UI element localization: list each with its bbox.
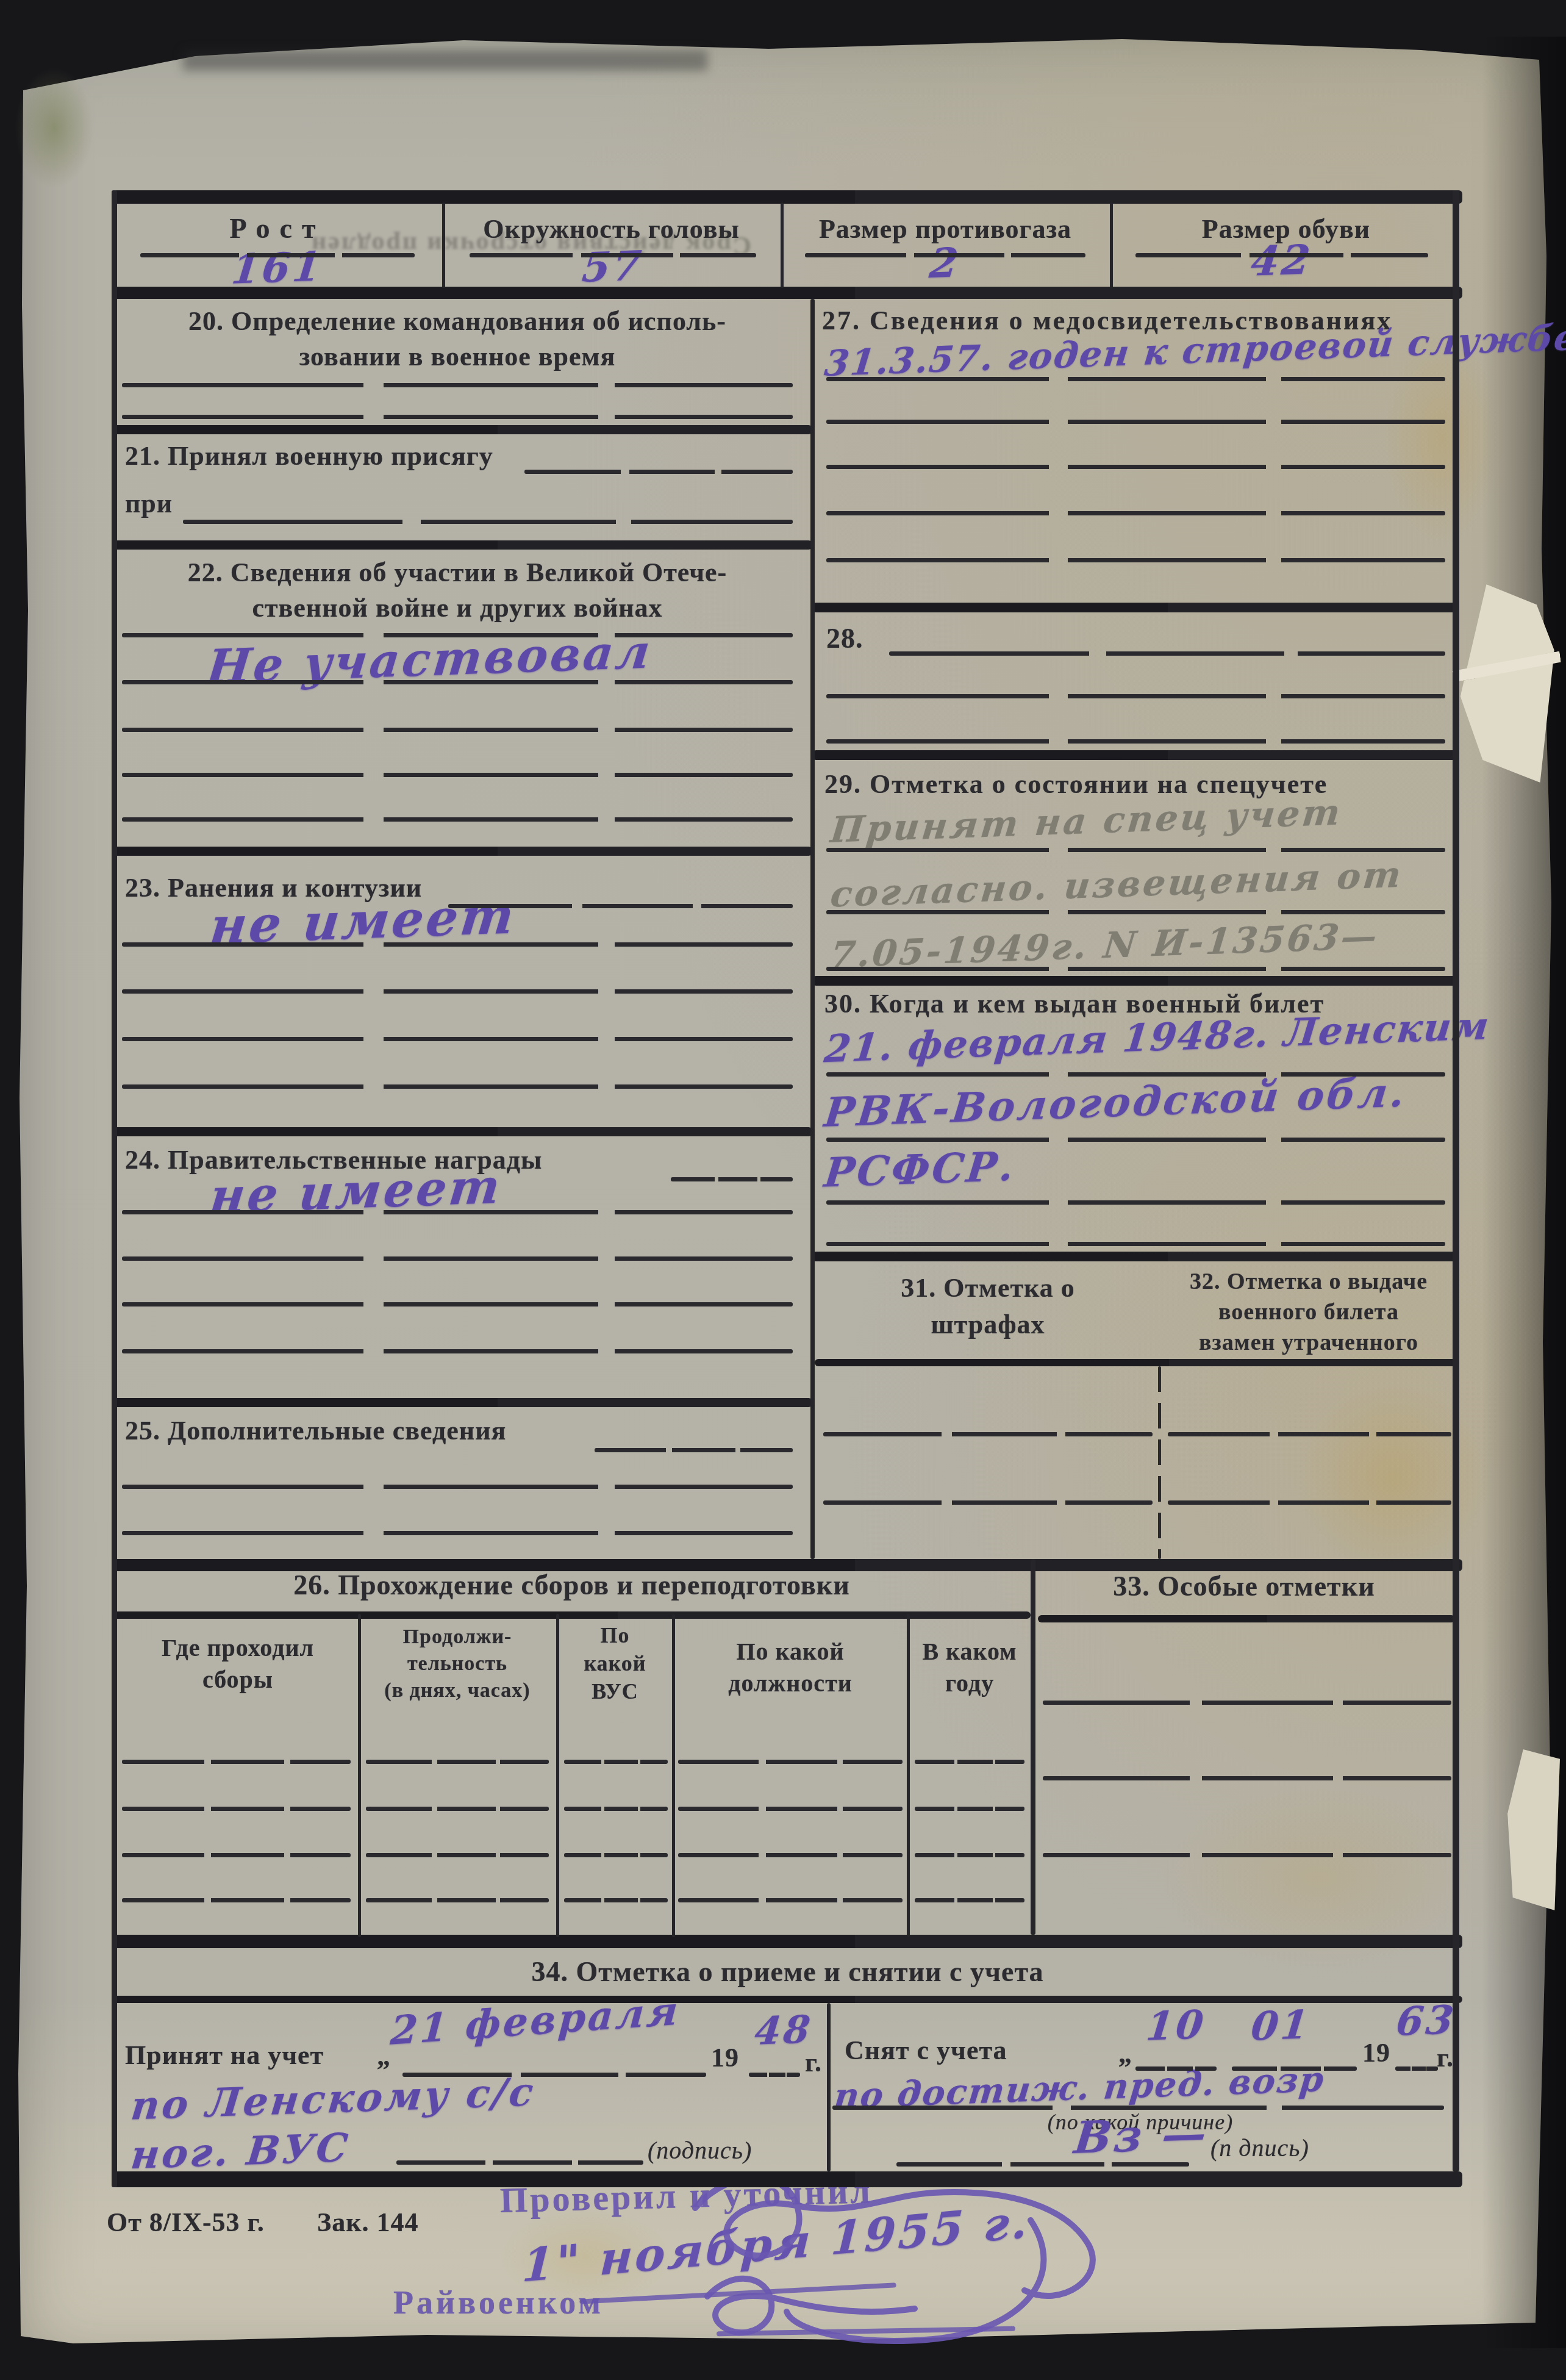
ruled-line xyxy=(915,1760,1024,1764)
ruled-line xyxy=(564,1853,668,1857)
removed-sign-handwriting: Вз — xyxy=(1072,2107,1212,2163)
ruled-line xyxy=(122,1302,793,1306)
ruled-line xyxy=(826,558,1445,562)
accepted-vus-handwriting: ног. ВУС xyxy=(129,2125,352,2179)
section-divider xyxy=(113,287,1462,299)
signature-scribble xyxy=(366,2171,1281,2380)
column-divider xyxy=(827,2003,831,2171)
column-divider xyxy=(810,299,815,1559)
ruled-line xyxy=(826,1200,1445,1205)
section-26-title: 26. Прохождение сборов и переподготовки xyxy=(113,1569,1031,1601)
removed-label: Снят с учета xyxy=(845,2035,1007,2066)
section-22-title: 22. Сведения об участии в Великой Отече-… xyxy=(119,555,796,626)
section-30-handwriting-3: РСФСР. xyxy=(822,1142,1018,1196)
section-divider xyxy=(113,1398,812,1407)
ruled-line xyxy=(470,253,756,257)
ruled-line xyxy=(122,383,793,387)
column-divider xyxy=(781,203,784,288)
ruled-line xyxy=(826,1242,1445,1246)
ruled-line xyxy=(366,1853,549,1857)
ruled-line xyxy=(122,1898,351,1902)
ruled-line xyxy=(122,680,793,684)
ruled-line xyxy=(915,1807,1024,1811)
section-divider xyxy=(812,603,1459,612)
column-divider xyxy=(672,1614,675,1937)
section-21-pri: при xyxy=(125,488,173,519)
ruled-line xyxy=(823,1500,1153,1505)
ruled-line xyxy=(1043,1776,1451,1780)
ruled-line xyxy=(805,253,1085,257)
ruled-line xyxy=(122,1037,793,1041)
section-20-title: 20. Определение командования об исполь- … xyxy=(119,304,796,375)
section-divider xyxy=(1038,1615,1455,1622)
section-divider xyxy=(812,1252,1459,1261)
accepted-year-print: 19 xyxy=(711,2042,739,2073)
removed-year-print: 19 xyxy=(1362,2037,1390,2068)
ruled-line xyxy=(122,817,793,822)
ruled-line xyxy=(678,1807,903,1811)
section-32-title: 32. Отметка о выдаче военного билета вза… xyxy=(1162,1266,1456,1358)
column-divider xyxy=(358,1614,361,1937)
section-divider xyxy=(113,1127,812,1136)
ruled-line xyxy=(1135,253,1428,257)
ruled-line xyxy=(826,465,1445,469)
ruled-line xyxy=(122,1760,351,1764)
ruled-line xyxy=(122,1084,793,1089)
ruled-line xyxy=(122,773,793,777)
ruled-line xyxy=(595,1448,793,1452)
col-position: По какой должности xyxy=(675,1636,906,1699)
ruled-line xyxy=(448,904,793,908)
ruled-line xyxy=(122,415,793,419)
ruled-line xyxy=(1168,1432,1451,1436)
ruled-line xyxy=(402,2073,706,2077)
removed-year-handwriting: 63 xyxy=(1394,1997,1458,2045)
footer-form-date: От 8/IX-53 г. xyxy=(107,2207,265,2238)
ruled-line xyxy=(122,1807,351,1811)
ruled-line xyxy=(564,1760,668,1764)
section-divider xyxy=(113,1996,1462,2003)
ruled-line xyxy=(122,1853,351,1857)
section-31-title: 31. Отметка о штрафах xyxy=(817,1270,1159,1343)
ruled-line xyxy=(826,967,1445,971)
ruled-line xyxy=(1043,1701,1451,1705)
section-24-handwriting: не имеет xyxy=(207,1158,505,1224)
col-where: Где проходил сборы xyxy=(119,1632,357,1696)
removed-quote: „ xyxy=(1118,2038,1132,2070)
ruled-line xyxy=(915,1853,1024,1857)
section-divider xyxy=(815,1359,1459,1366)
ruled-line xyxy=(1043,1853,1451,1857)
accepted-quote: „ xyxy=(377,2041,391,2072)
removed-year-g: г. xyxy=(1437,2042,1454,2073)
col-year: В каком году xyxy=(910,1636,1029,1699)
ruled-line xyxy=(564,1807,668,1811)
ruled-line xyxy=(823,1432,1153,1436)
ruled-line xyxy=(826,377,1445,381)
ruled-line xyxy=(749,2073,800,2077)
ruled-line xyxy=(896,2162,1189,2167)
anthro-value-gasmask: 2 xyxy=(803,234,1088,292)
col-duration: Продолжи- тельность (в днях, часах) xyxy=(361,1624,554,1704)
column-divider xyxy=(1110,203,1113,288)
section-25-title: 25. Дополнительные сведения xyxy=(125,1415,506,1446)
column-divider xyxy=(1453,190,1459,2171)
section-divider xyxy=(113,847,812,856)
ruled-line xyxy=(889,651,1445,656)
ruled-line xyxy=(122,989,793,994)
column-divider xyxy=(907,1614,910,1937)
col-vus: По какой ВУС xyxy=(559,1621,671,1705)
accepted-sign-label: (подпись) xyxy=(648,2136,752,2165)
accepted-year-g: г. xyxy=(805,2047,822,2078)
ruled-line xyxy=(564,1898,668,1902)
section-33-title: 33. Особые отметки xyxy=(1031,1570,1457,1602)
ruled-line xyxy=(524,470,793,474)
ruled-line xyxy=(826,848,1445,852)
ruled-line xyxy=(832,2106,1444,2110)
ruled-line xyxy=(122,1349,793,1353)
section-28-title: 28. xyxy=(826,622,863,654)
scanned-military-id-page: Срок действия отсрочки продлен Рост Окру… xyxy=(0,0,1566,2380)
ruled-line xyxy=(826,739,1445,744)
section-divider xyxy=(113,1559,1462,1571)
column-divider xyxy=(442,203,445,288)
column-divider xyxy=(1031,1559,1035,1935)
ruled-line xyxy=(396,2160,643,2165)
ruled-line xyxy=(122,1531,793,1535)
removed-month-handwriting: 01 xyxy=(1249,2002,1313,2050)
removed-day-handwriting: 10 xyxy=(1144,2002,1208,2050)
section-divider xyxy=(113,1611,1031,1619)
ruled-line xyxy=(826,1072,1445,1077)
column-divider xyxy=(112,190,117,2187)
ruled-line xyxy=(826,910,1445,914)
ruled-line xyxy=(1232,2066,1357,2071)
ruled-line xyxy=(122,942,793,947)
column-divider xyxy=(556,1614,559,1937)
ruled-line xyxy=(122,1485,793,1489)
ruled-line xyxy=(826,511,1445,515)
ruled-line xyxy=(678,1760,903,1764)
section-34-title: 34. Отметка о приеме и снятии с учета xyxy=(113,1955,1462,1988)
ruled-line xyxy=(366,1807,549,1811)
ruled-line xyxy=(366,1898,549,1902)
ruled-line xyxy=(826,420,1445,424)
column-divider xyxy=(1158,1366,1161,1559)
section-divider xyxy=(113,1935,1462,1948)
section-divider xyxy=(113,425,812,434)
ruled-line xyxy=(122,728,793,732)
ruled-line xyxy=(183,520,793,524)
ruled-line xyxy=(1135,2066,1217,2071)
ruled-line xyxy=(826,1138,1445,1142)
ruled-line xyxy=(1168,1500,1451,1505)
ruled-line xyxy=(122,633,793,637)
section-divider xyxy=(113,540,812,550)
section-21-title: 21. Принял военную присягу xyxy=(125,440,493,471)
ruled-line xyxy=(122,1210,793,1214)
ruled-line xyxy=(1395,2066,1438,2071)
accepted-label: Принят на учет xyxy=(125,2040,324,2071)
ruled-line xyxy=(678,1853,903,1857)
ruled-line xyxy=(366,1760,549,1764)
ruled-line xyxy=(671,1177,793,1181)
ruled-line xyxy=(122,1256,793,1261)
section-divider xyxy=(113,2171,1462,2187)
section-divider xyxy=(113,190,1462,204)
ruled-line xyxy=(678,1898,903,1902)
removed-sign-label: (п дпись) xyxy=(1210,2134,1309,2162)
ruled-line xyxy=(915,1898,1024,1902)
section-divider xyxy=(812,750,1459,760)
ruled-line xyxy=(826,694,1445,698)
section-divider xyxy=(812,976,1459,986)
ruled-line xyxy=(140,253,415,257)
